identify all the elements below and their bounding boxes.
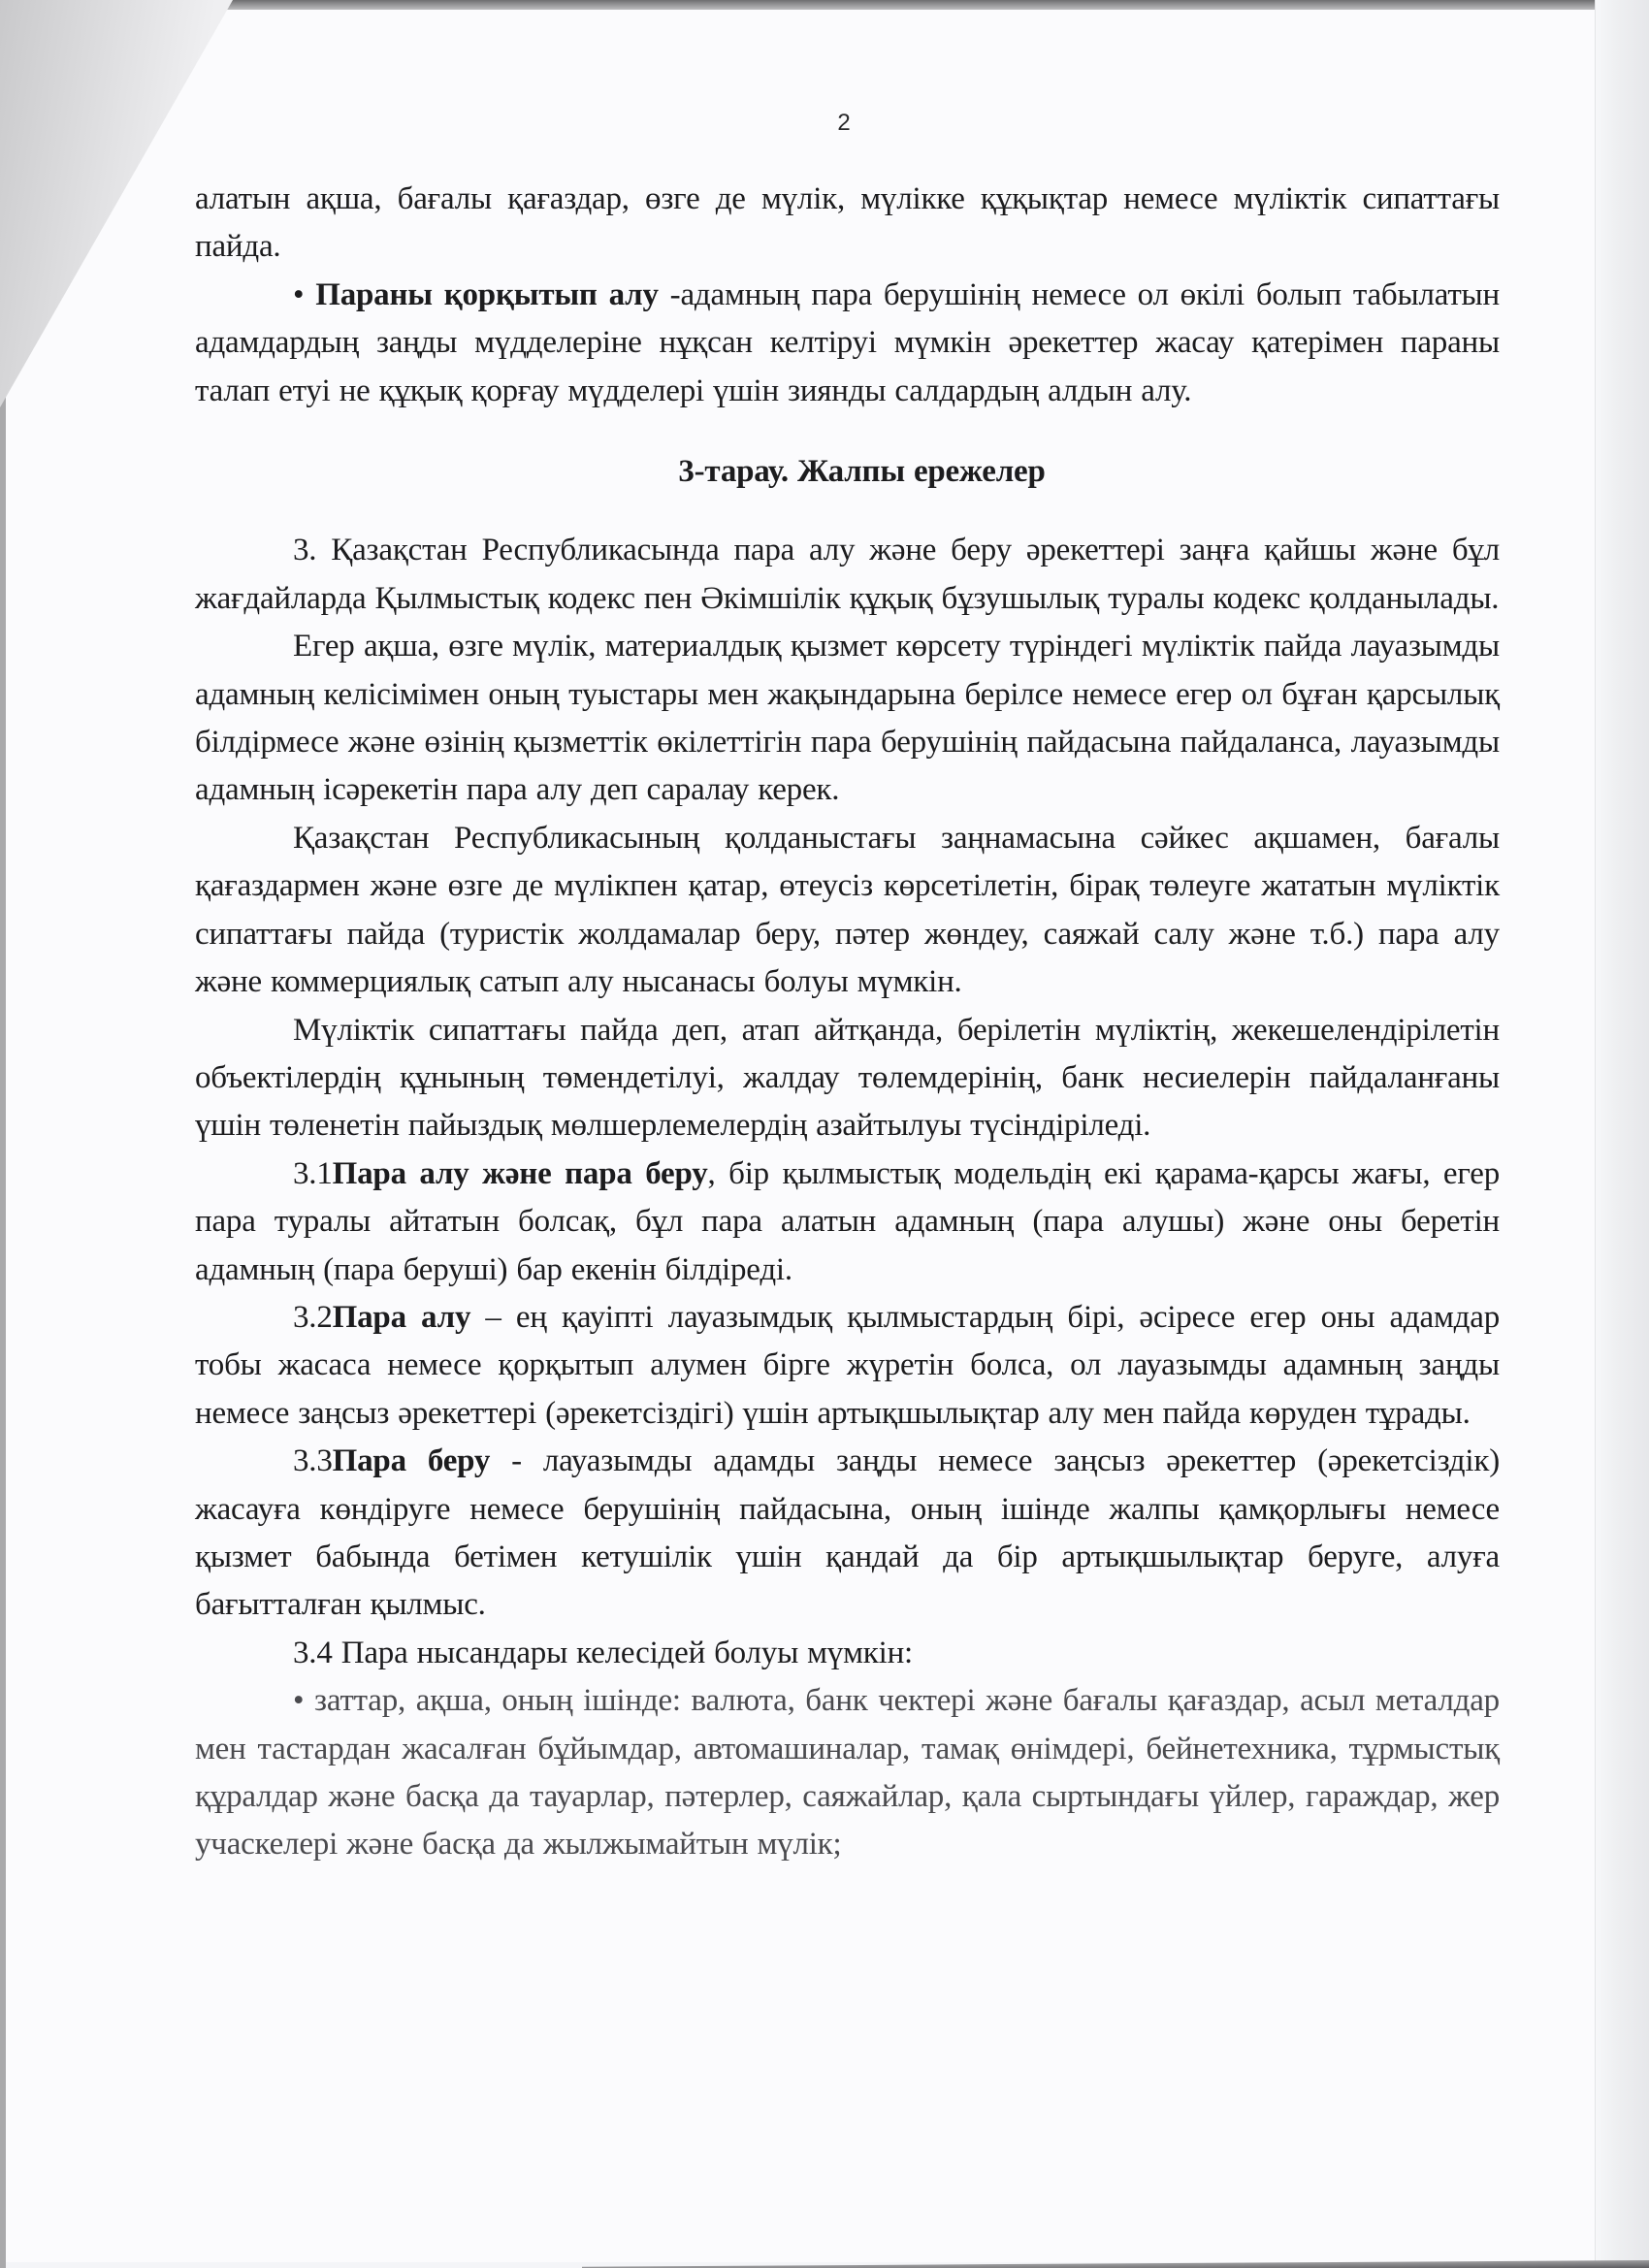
term-extortion: Параны қорқытып алу (315, 277, 659, 312)
document-body: алатын ақша, бағалы қағаздар, өзге де мү… (195, 176, 1500, 1869)
scan-edge-top (0, 0, 1649, 10)
paragraph-3: 3. Қазақстан Республикасында пара алу жә… (195, 527, 1500, 623)
page-number: 2 (0, 110, 1649, 137)
paragraph-legislation: Қазақстан Республикасының қолданыстағы з… (195, 815, 1500, 1007)
definition-3-3: 3.3Пара беру - лауазымды адамды заңды не… (195, 1438, 1500, 1630)
list-item-text: заттар, ақша, оның ішінде: валюта, банк … (195, 1683, 1500, 1862)
clause-number: 3.1 (293, 1156, 333, 1191)
definition-bullet-extortion: • Параны қорқытып алу -адамның пара беру… (195, 272, 1500, 415)
definition-3-2: 3.2Пара алу – ең қауіпті лауазымдық қылм… (195, 1294, 1500, 1438)
bullet-icon: • (293, 1683, 304, 1718)
term: Пара беру (333, 1443, 491, 1478)
section-heading: 3-тарау. Жалпы ережелер (195, 448, 1500, 496)
forms-list-item: • заттар, ақша, оның ішінде: валюта, бан… (195, 1677, 1500, 1869)
scan-edge-right (1595, 0, 1649, 2268)
definition-3-1: 3.1Пара алу және пара беру, бір қылмысты… (195, 1150, 1500, 1294)
term: Пара алу (333, 1300, 471, 1335)
clause-number: 3.3 (293, 1443, 333, 1478)
term: Пара алу және пара беру (333, 1156, 708, 1191)
clause-number: 3.2 (293, 1300, 333, 1335)
paragraph-property-nature: Мүліктік сипаттағы пайда деп, атап айтқа… (195, 1007, 1500, 1150)
bullet-icon: • (293, 277, 304, 312)
clause-3-4-intro: 3.4 Пара нысандары келесідей болуы мүмкі… (195, 1630, 1500, 1677)
paragraph-continuation: алатын ақша, бағалы қағаздар, өзге де мү… (195, 176, 1500, 272)
paragraph-property-benefit: Егер ақша, өзге мүлік, материалдық қызме… (195, 623, 1500, 815)
